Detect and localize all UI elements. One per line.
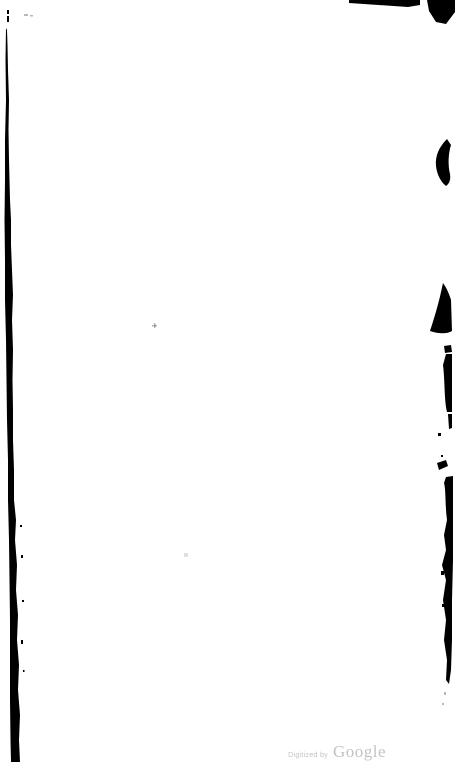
right-ink-wedge (430, 283, 452, 333)
faint-smudges (152, 323, 188, 557)
digitized-by-google-watermark: Digitized by Google (288, 742, 386, 762)
watermark-prefix-text: Digitized by (288, 752, 328, 759)
top-right-ink-bar (349, 0, 420, 7)
scanned-book-page: Digitized by Google (0, 0, 455, 780)
google-logo-text: Google (333, 742, 386, 762)
left-gutter-ink-stripe (5, 28, 25, 762)
right-ink-strip-upper (437, 345, 453, 520)
scan-ink-artifacts (0, 0, 455, 780)
right-ink-crescent (436, 139, 451, 186)
top-right-ink-blob (427, 0, 455, 24)
top-left-ink-specks (7, 10, 33, 22)
right-ink-strip-lower (441, 520, 453, 705)
